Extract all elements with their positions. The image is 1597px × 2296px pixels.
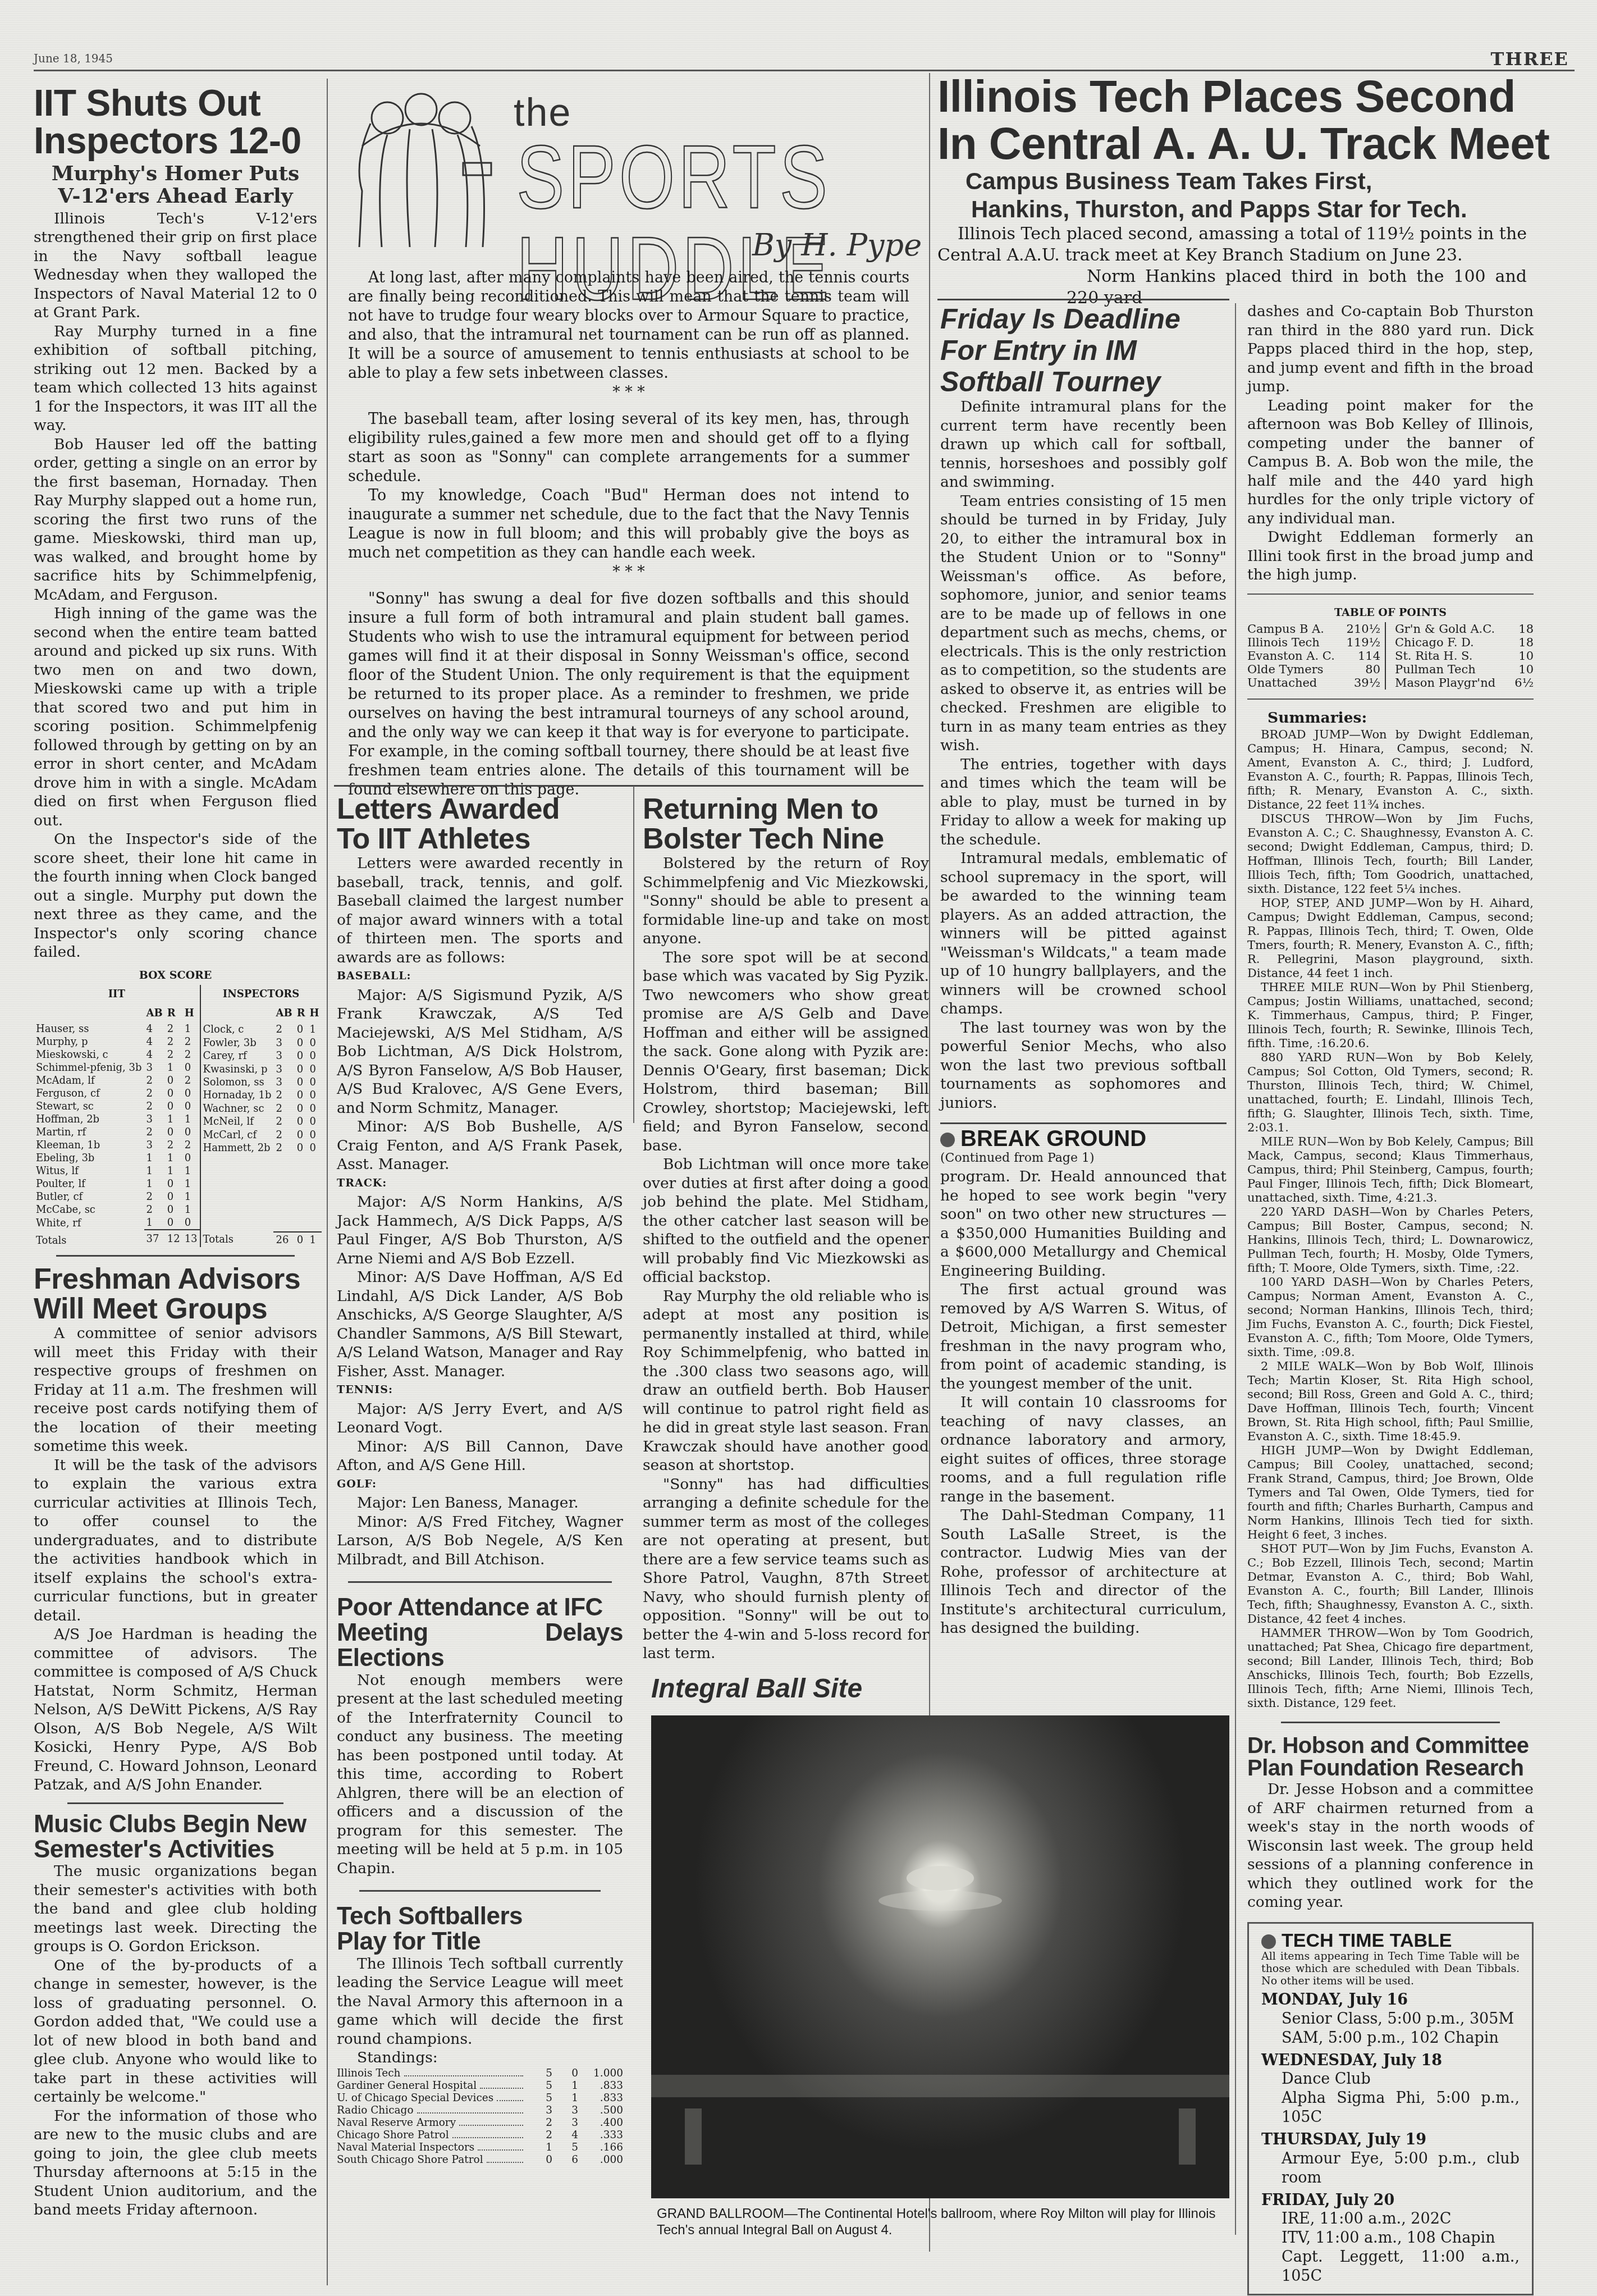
time-table-entry: Armour Eye, 5:00 p.m., club room [1261,2149,1520,2188]
time-table-day: FRIDAY, July 20IRE, 11:00 a.m., 202CITV,… [1261,2191,1520,2286]
player-name: Witus, lf [34,1165,144,1177]
points-row: Mason Playgr'nd6½ [1395,676,1534,690]
divider [1281,1722,1500,1723]
byline: By H. Pype [752,227,922,263]
divider [1247,699,1534,700]
box-score-row: Solomon, ss300 [201,1076,322,1089]
article-paragraph: For the information of those who are new… [34,2107,317,2220]
day-heading: WEDNESDAY, July 18 [1261,2051,1520,2070]
column-paragraph: To my knowledge, Coach "Bud" Herman does… [348,486,909,563]
pct: .833 [578,2080,623,2092]
box-score-row: McAdam, lf202 [34,1074,200,1087]
player-name: Poulter, lf [34,1177,144,1190]
points-row: Unattached39½ [1247,676,1386,690]
player-name: McAdam, lf [34,1074,144,1087]
stat-value: 3 [273,1049,294,1062]
folio-bar: June 18, 1945 THREE [34,52,1575,71]
home-totals-row: Totals371213 [34,1230,200,1247]
away-totals-row: Totals2601 [201,1232,322,1247]
leader-dots [480,2080,523,2089]
article-paragraph: On the Inspector's side of the score she… [34,830,317,962]
event-summary: 100 YARD DASH—Won by Charles Peters, Cam… [1247,1275,1534,1359]
points-value: 10 [1518,649,1534,663]
points-value: 18 [1518,636,1534,649]
continued-note: (Continued from Page 1) [940,1149,1227,1168]
player-name: Kleeman, 1b [34,1139,144,1152]
stat-value: 3 [273,1037,294,1049]
headline-line-1: Returning Men to [643,795,929,824]
stat-value: 0 [295,1115,308,1128]
points-value: 114 [1358,649,1380,663]
standings-row: South Chicago Shore Patrol06.000 [337,2154,623,2166]
wins: 5 [527,2067,552,2080]
article-freshman-advisors: Freshman Advisors Will Meet Groups A com… [34,1265,317,1795]
article-paragraph: Definite intramural plans for the curren… [940,398,1227,492]
time-table-header: TECH TIME TABLE [1261,1932,1520,1951]
article-paragraph: High inning of the game was the second w… [34,604,317,830]
standings-row: Radio Chicago33.500 [337,2105,623,2117]
award-list: Minor: A/S Fred Fitchey, Wagner Larson, … [337,1513,623,1569]
event-summary: HIGH JUMP—Won by Dwight Eddleman, Campus… [1247,1444,1534,1542]
stat-value: 1 [182,1203,200,1216]
team-name: Illinois Tech [337,2067,401,2080]
event-summary: THREE MILE RUN—Won by Phil Stienberg, Ca… [1247,980,1534,1051]
stat-value: 4 [144,1035,165,1048]
summaries-label: Summaries: [1247,709,1534,728]
stat-value: 0 [182,1061,200,1074]
box-score-row: Witus, lf111 [34,1165,200,1177]
player-name: Kwasinski, p [201,1062,274,1075]
article-paragraph: Bob Hauser led off the batting order, ge… [34,435,317,605]
stat-value: 1 [165,1113,182,1126]
stat-value: 1 [165,1165,182,1177]
headline: Friday Is Deadline For Entry in IM Softb… [940,303,1227,398]
box-score-row: Poulter, lf101 [34,1177,200,1190]
stat-value: 0 [308,1037,322,1049]
points-value: 10 [1518,663,1534,676]
article-tech-softballers: Tech Softballers Play for Title The Illi… [337,1904,623,2166]
time-table-entry: SAM, 5:00 p.m., 102 Chapin [1261,2029,1520,2048]
article-paragraph: dashes and Co-captain Bob Thurston ran t… [1247,302,1534,396]
losses: 1 [552,2080,578,2092]
box-score-row: Ferguson, cf200 [34,1087,200,1100]
stat-value: 1 [165,1061,182,1074]
stat-value: 0 [295,1142,308,1154]
stat-value: 2 [165,1035,182,1048]
standings-row: Chicago Shore Patrol24.333 [337,2129,623,2142]
team-name: Naval Reserve Armory [337,2117,456,2129]
divider [940,1122,1227,1124]
article-paragraph: It will contain 10 classrooms for teachi… [940,1393,1227,1506]
article-letters-awarded: Letters Awarded To IIT Athletes Letters … [337,795,623,2166]
article-ifc-attendance: Poor Attendance at IFC Meeting Delays El… [337,1595,623,1878]
article-break-ground: BREAK GROUND (Continued from Page 1) pro… [940,1130,1227,1638]
article-paragraph: Ray Murphy turned in a fine exhibition o… [34,322,317,435]
article-paragraph: Intramural medals, emblematic of school … [940,849,1227,1019]
headline-line-2: Will Meet Groups [34,1294,317,1324]
headline-line-2: To IIT Athletes [337,824,623,854]
box-score-row: White, rf100 [34,1216,200,1230]
stat-value: 1 [144,1152,165,1165]
stat-value: 3 [273,1062,294,1075]
time-table-day: MONDAY, July 16Senior Class, 5:00 p.m., … [1261,1991,1520,2048]
headline-line-1: Tech Softballers [337,1904,623,1929]
stat-value: 2 [182,1048,200,1061]
subhead-line-2: Hankins, Thurston, and Papps Star for Te… [965,195,1572,223]
team-name: Gr'n & Gold A.C. [1395,622,1495,636]
event-summary: DISCUS THROW—Won by Jim Fuchs, Evanston … [1247,812,1534,896]
article-returning-men: Returning Men to Bolster Tech Nine Bolst… [643,795,929,1663]
separator: * * * [348,563,909,582]
article-paragraph: program. Dr. Heald announced that he hop… [940,1167,1227,1280]
column-rule [1235,303,1236,2235]
standings-row: U. of Chicago Special Devices51.833 [337,2092,623,2105]
stat-value: 1 [308,1023,322,1036]
time-table-note: All items appearing in Tech Time Table w… [1261,1950,1520,1987]
article-paragraph: The sore spot will be at second base whi… [643,948,929,1156]
stat-value: 2 [273,1023,294,1036]
stat-value: 1 [182,1023,200,1035]
divider [348,1581,612,1583]
stat-value: 0 [295,1062,308,1075]
headline-line-2: For Entry in IM [940,335,1227,366]
wins: 1 [527,2142,552,2154]
wins: 3 [527,2105,552,2117]
losses: 3 [552,2117,578,2129]
stat-value: 1 [144,1216,165,1230]
sport-label: BASEBALL: [337,967,623,986]
column-paragraph: At long last, after many complaints have… [348,268,909,383]
stat-value: 0 [182,1100,200,1113]
article-paragraph: The first actual ground was removed by A… [940,1280,1227,1393]
stat-value: 0 [295,1102,308,1115]
photo-caption: GRAND BALLROOM—The Continental Hotel's b… [657,2206,1235,2238]
bullet-icon [1261,1934,1276,1949]
event-summary: 220 YARD DASH—Won by Charles Peters, Cam… [1247,1205,1534,1275]
stat-value: 2 [182,1074,200,1087]
box-score-home-table: IIT ABRH Hauser, ss421Murphy, p422Miesko… [34,985,201,1247]
player-name: Solomon, ss [201,1076,274,1089]
event-summary: HOP, STEP, AND JUMP—Won by H. Aihard, Ca… [1247,896,1534,980]
article-intramural-deadline: Friday Is Deadline For Entry in IM Softb… [940,303,1227,1638]
wins: 0 [527,2154,552,2166]
points-row: Olde Tymers80 [1247,663,1386,676]
player-name: Fowler, 3b [201,1037,274,1049]
article-paragraph: Leading point maker for the afternoon wa… [1247,396,1534,528]
stat-value: 1 [182,1113,200,1126]
pct: .500 [578,2105,623,2117]
stat-value: 0 [295,1023,308,1036]
stat-value: 0 [308,1128,322,1141]
points-row: Illinois Tech119½ [1247,636,1386,649]
box-score-row: Clock, c201 [201,1023,322,1036]
stat-value: 0 [165,1216,182,1230]
team-name: Naval Material Inspectors [337,2142,474,2154]
sport-label: TENNIS: [337,1381,623,1400]
stat-value: 1 [144,1177,165,1190]
stat-value: 0 [295,1037,308,1049]
separator: * * * [348,383,909,402]
player-name: Mieskowski, c [34,1048,144,1061]
divider [56,1255,295,1257]
player-name: Ferguson, cf [34,1087,144,1100]
article-paragraph: The music organizations began their seme… [34,1862,317,1956]
standings-row: Illinois Tech501.000 [337,2067,623,2080]
losses: 3 [552,2105,578,2117]
stat-value: 2 [144,1190,165,1203]
award-list: Minor: A/S Bob Bushelle, A/S Craig Fento… [337,1117,623,1174]
divider [359,1890,601,1892]
player-name: Carey, rf [201,1049,274,1062]
time-table-entry: Capt. Leggett, 11:00 a.m., 105C [1261,2248,1520,2286]
box-score-row: Kwasinski, p300 [201,1062,322,1075]
headline-line-2: Inspectors 12-0 [34,122,317,159]
away-rows: Clock, c201Fowler, 3b300Carey, rf300Kwas… [201,1023,322,1154]
pct: .400 [578,2117,623,2129]
column-paragraph: The baseball team, after losing several … [348,410,909,486]
headline-line-1: Dr. Hobson and Committee [1247,1734,1534,1758]
stat-value: 2 [165,1048,182,1061]
award-list: Major: A/S Norm Hankins, A/S Jack Hammec… [337,1193,623,1268]
leader-dots [497,2092,523,2101]
divider [334,785,923,787]
pct: .333 [578,2129,623,2142]
stat-value: 0 [165,1074,182,1087]
headline-line-1: Illinois Tech Places Second [937,73,1572,120]
stat-value: 2 [144,1100,165,1113]
article-paragraph: Bob Lichtman will once more take over du… [643,1155,929,1287]
team-name: Radio Chicago [337,2105,414,2117]
box-score-row: Kleeman, 1b322 [34,1139,200,1152]
stat-value: 2 [273,1128,294,1141]
team-name: Mason Playgr'nd [1395,676,1495,690]
box-score-away-table: INSPECTORS ABRH Clock, c201Fowler, 3b300… [201,985,322,1247]
box-score-row: Wachner, sc200 [201,1102,322,1115]
player-name: Butler, cf [34,1190,144,1203]
headline: BREAK GROUND [940,1130,1227,1149]
standings-row: Naval Reserve Armory23.400 [337,2117,623,2129]
stat-value: 0 [165,1126,182,1139]
leader-dots [487,2154,523,2163]
stat-value: 1 [182,1190,200,1203]
losses: 0 [552,2067,578,2080]
headline-line-1: Freshman Advisors [34,1265,317,1294]
stat-value: 0 [295,1049,308,1062]
award-list: Major: Len Baness, Manager. [337,1494,623,1513]
time-table-days: MONDAY, July 16Senior Class, 5:00 p.m., … [1261,1991,1520,2286]
box-score-row: Hammett, 2b200 [201,1142,322,1154]
player-name: Wachner, sc [201,1102,274,1115]
subheadline: Campus Business Team Takes First, Hankin… [937,167,1572,223]
leader-dots [452,2129,523,2138]
time-table-title: TECH TIME TABLE [1282,1930,1452,1951]
box-score-row: Schimmel-pfenig, 3b310 [34,1061,200,1074]
stat-value: 2 [273,1115,294,1128]
issue-date: June 18, 1945 [34,52,113,65]
column-rule [327,79,328,2285]
article-paragraph: "Sonny" has had difficulties arranging a… [643,1475,929,1663]
player-name: Hauser, ss [34,1023,144,1035]
points-row: Campus B A.210½ [1247,622,1386,636]
team-name: St. Rita H. S. [1395,649,1472,663]
stat-value: 0 [308,1102,322,1115]
leader-dots [404,2067,523,2076]
totals-r: 12 [165,1230,182,1247]
player-name: Ebeling, 3b [34,1152,144,1165]
box-score-row: Hoffman, 2b311 [34,1113,200,1126]
headline-line-1: IIT Shuts Out [34,84,317,122]
event-summary: BROAD JUMP—Won by Dwight Eddleman, Campu… [1247,728,1534,812]
points-row: Chicago F. D.18 [1395,636,1534,649]
stat-value: 2 [144,1074,165,1087]
stat-value: 0 [308,1049,322,1062]
article-paragraph: Letters were awarded recently in basebal… [337,854,623,967]
totals-h: 13 [182,1230,200,1247]
article-paragraph: Team entries consisting of 15 men should… [940,492,1227,755]
box-score-row: Martin, rf200 [34,1126,200,1139]
article-paragraph: The Illinois Tech softball currently lea… [337,1955,623,2049]
leader-dots [478,2142,523,2151]
award-list: Minor: A/S Bill Cannon, Dave Afton, and … [337,1437,623,1475]
stat-value: 0 [165,1177,182,1190]
points-value: 39½ [1354,676,1380,690]
standings-row: Naval Material Inspectors15.166 [337,2142,623,2154]
points-value: 80 [1365,663,1380,676]
newspaper-page: June 18, 1945 THREE IIT Shuts Out Inspec… [0,0,1597,2296]
totals-label: Totals [34,1230,144,1247]
stat-value: 0 [295,1089,308,1102]
totals-ab: 37 [144,1230,165,1247]
sport-label: TRACK: [337,1174,623,1193]
subhead-line-1: Murphy's Homer Puts [34,162,317,185]
day-heading: FRIDAY, July 20 [1261,2191,1520,2210]
player-name: Stewart, sc [34,1100,144,1113]
headline-line-1: Letters Awarded [337,795,623,824]
home-team-label: IIT [34,985,200,1004]
team-name: Unattached [1247,676,1317,690]
stat-value: 0 [295,1076,308,1089]
home-rows: Hauser, ss421Murphy, p422Mieskowski, c42… [34,1023,200,1230]
stat-value: 0 [182,1126,200,1139]
pct: 1.000 [578,2067,623,2080]
time-table-entry: Alpha Sigma Phi, 5:00 p.m., 105C [1261,2089,1520,2127]
stat-value: 1 [182,1177,200,1190]
points-row: St. Rita H. S.10 [1395,649,1534,663]
headline-line-1: Friday Is Deadline [940,303,1227,335]
stat-value: 0 [308,1076,322,1089]
stat-value: 4 [144,1048,165,1061]
wins: 2 [527,2129,552,2142]
totals-r: 0 [295,1232,308,1247]
stat-value: 1 [165,1152,182,1165]
standings-table: Illinois Tech501.000Gardiner General Hos… [337,2067,623,2166]
article-paragraph: Dwight Eddleman formerly an Illini took … [1247,528,1534,585]
losses: 4 [552,2129,578,2142]
article-paragraph: Dr. Jesse Hobson and a committee of ARF … [1247,1780,1534,1912]
box-score-row: Fowler, 3b300 [201,1037,322,1049]
box-score-row: McCabe, sc201 [34,1203,200,1216]
stat-value: 3 [144,1113,165,1126]
col-r: R [165,1004,182,1023]
subhead-line-1: Campus Business Team Takes First, [965,167,1572,195]
article-hobson: Dr. Hobson and Committee Plan Foundation… [1247,1734,1534,1912]
event-summary: 2 MILE WALK—Won by Bob Wolf, Illinois Te… [1247,1359,1534,1444]
stat-value: 2 [182,1139,200,1152]
stat-value: 2 [273,1089,294,1102]
article-paragraph: A/S Joe Hardman is heading the committee… [34,1625,317,1795]
col-r: R [295,1004,308,1023]
headline-text: BREAK GROUND [960,1126,1146,1151]
article-lead: Illinois Tech placed second, amassing a … [937,223,1527,266]
pct: .000 [578,2154,623,2166]
wins: 2 [527,2117,552,2129]
pct: .166 [578,2142,623,2154]
event-summary: HAMMER THROW—Won by Tom Goodrich, unatta… [1247,1626,1534,1710]
bullet-icon [940,1133,955,1147]
box-score-row: Butler, cf201 [34,1190,200,1203]
team-name: Olde Tymers [1247,663,1324,676]
leader-dots [417,2105,523,2114]
points-value: 6½ [1514,676,1534,690]
article-paragraph: The Dahl-Stedman Company, 11 South LaSal… [940,1506,1227,1638]
column-rule [633,786,634,1123]
totals-label: Totals [201,1232,274,1247]
headline-line-2: Meeting Delays Elections [337,1621,623,1671]
wins: 5 [527,2092,552,2105]
page-number: THREE [1491,48,1569,70]
player-name: Hammett, 2b [201,1142,274,1154]
losses: 1 [552,2092,578,2105]
col-ab: AB [144,1004,165,1023]
article-paragraph: The last tourney was won by the powerful… [940,1019,1227,1113]
team-name: Gardiner General Hospital [337,2080,477,2092]
stat-value: 2 [144,1203,165,1216]
stat-value: 3 [144,1139,165,1152]
stat-value: 0 [165,1190,182,1203]
track-column: dashes and Co-captain Bob Thurston ran t… [1247,302,1534,2295]
box-score-row: Stewart, sc200 [34,1100,200,1113]
article-paragraph: A committee of senior advisors will meet… [34,1324,317,1456]
player-name: Schimmel-pfenig, 3b [34,1061,144,1074]
headline-line-1: Poor Attendance at IFC [337,1595,623,1621]
stat-value: 2 [182,1035,200,1048]
day-heading: MONDAY, July 16 [1261,1991,1520,2010]
award-list: Major: A/S Sigismund Pyzik, A/S Frank Kr… [337,986,623,1118]
stat-value: 2 [273,1102,294,1115]
player-name: Hoffman, 2b [34,1113,144,1126]
stat-value: 0 [165,1087,182,1100]
player-name: McNeil, lf [201,1115,274,1128]
stat-value: 0 [295,1128,308,1141]
player-name: Hornaday, 1b [201,1089,274,1102]
box-score-title: BOX SCORE [34,966,317,985]
stat-value: 1 [144,1165,165,1177]
losses: 6 [552,2154,578,2166]
points-value: 18 [1518,622,1534,636]
col-h: H [182,1004,200,1023]
player-name: Murphy, p [34,1035,144,1048]
stat-value: 0 [308,1062,322,1075]
box-score-row: Hornaday, 1b200 [201,1089,322,1102]
points-table-title: TABLE OF POINTS [1247,604,1534,623]
col-ab: AB [273,1004,294,1023]
points-table: Campus B A.210½Gr'n & Gold A.C.18Illinoi… [1247,622,1534,690]
player-name: White, rf [34,1216,144,1230]
box-score-row: Murphy, p422 [34,1035,200,1048]
day-heading: THURSDAY, July 19 [1261,2130,1520,2149]
divider [1247,594,1534,595]
sport-label: GOLF: [337,1475,623,1494]
